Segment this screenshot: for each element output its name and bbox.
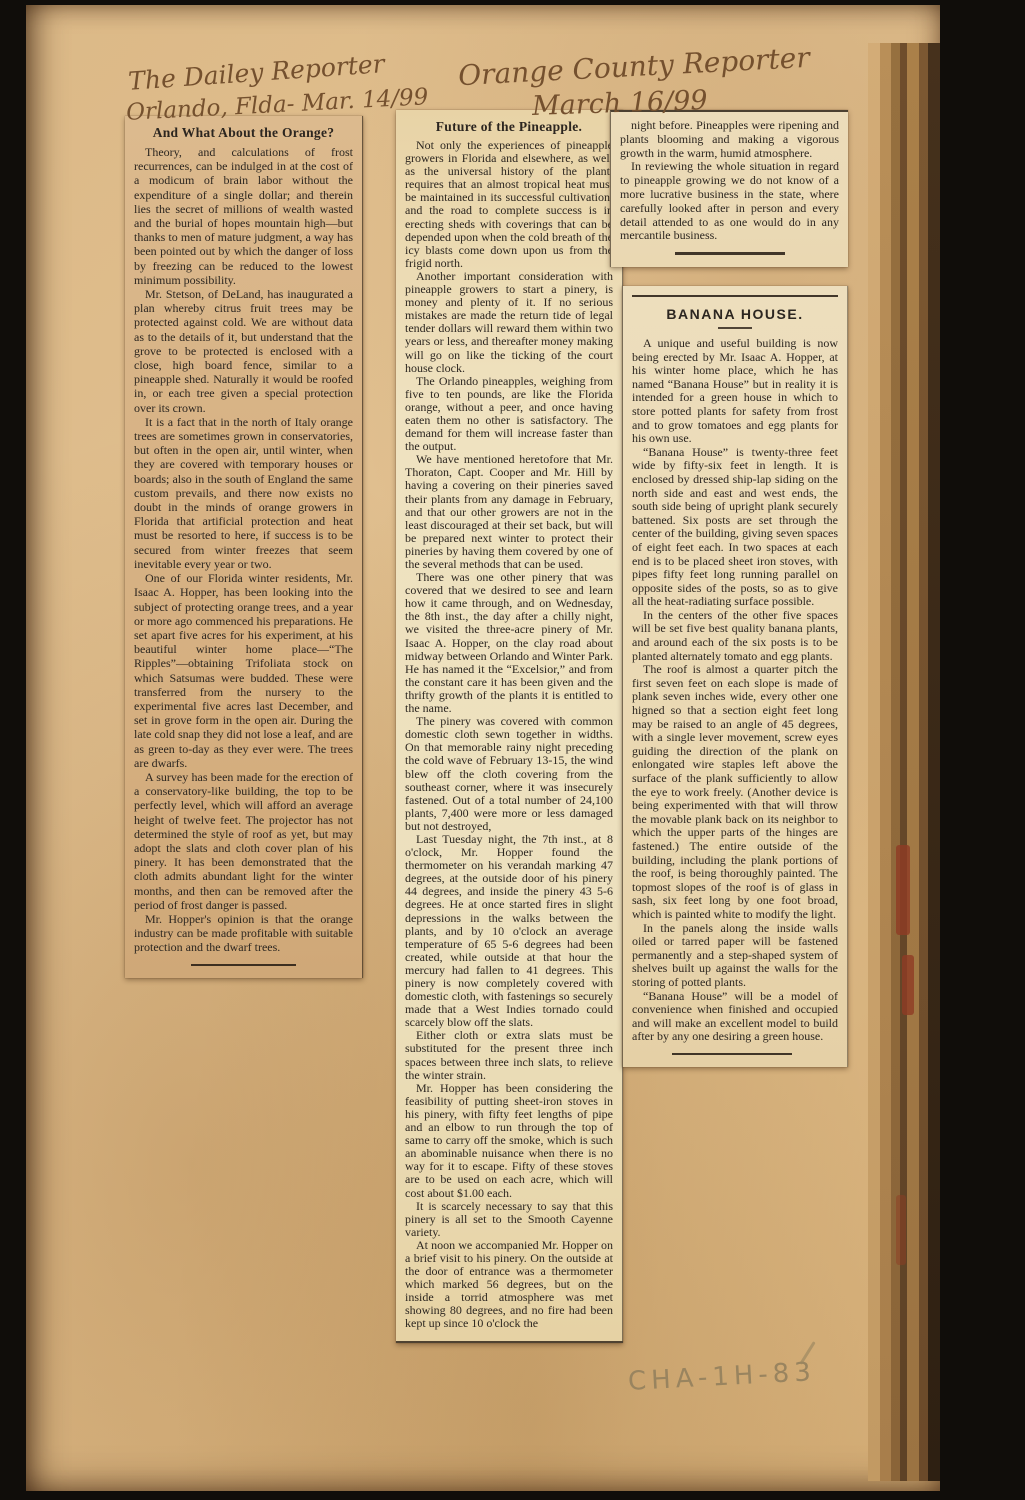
orange-paragraph: Theory, and calculations of frost recurr… bbox=[134, 145, 353, 287]
article-end-rule bbox=[191, 964, 296, 967]
article-end-rule bbox=[672, 1053, 792, 1056]
clipping-pineapple-continuation: night before. Pineapples were ripening a… bbox=[610, 110, 848, 267]
red-edge-mark bbox=[896, 845, 910, 935]
pineapple-paragraph: Either cloth or extra slats must be subs… bbox=[405, 1029, 613, 1081]
banana-paragraph: “Banana House” is twenty-three feet wide… bbox=[632, 446, 838, 609]
pineapple-paragraph: Mr. Hopper has been considering the feas… bbox=[405, 1082, 613, 1200]
orange-paragraph: Mr. Stetson, of DeLand, has inaugurated … bbox=[134, 287, 353, 415]
pineapple-paragraph: The Orlando pineapples, weighing from fi… bbox=[405, 375, 613, 454]
clipping-orange-article: And What About the Orange? Theory, and c… bbox=[125, 116, 363, 978]
banana-paragraph: “Banana House” will be a model of conven… bbox=[632, 990, 838, 1044]
page-edge-strip bbox=[868, 43, 880, 1481]
orange-paragraph: Mr. Hopper's opinion is that the orange … bbox=[134, 912, 353, 955]
page-edge-strip bbox=[907, 43, 919, 1481]
pineapple-paragraph: It is scarcely necessary to say that thi… bbox=[405, 1200, 613, 1239]
clipping-pineapple-article: Future of the Pineapple. Not only the ex… bbox=[396, 110, 623, 1343]
banana-paragraph: A unique and useful building is now bein… bbox=[632, 337, 838, 446]
pineapple-article-title: Future of the Pineapple. bbox=[405, 119, 613, 135]
page-edge-strip bbox=[928, 43, 940, 1481]
banana-paragraph: In the centers of the other five spaces … bbox=[632, 609, 838, 663]
banana-house-title: BANANA HOUSE. bbox=[632, 295, 838, 322]
article-end-rule bbox=[675, 252, 785, 255]
pineapple-paragraph: At noon we accompanied Mr. Hopper on a b… bbox=[405, 1239, 613, 1331]
banana-paragraph: In the panels along the inside walls oil… bbox=[632, 922, 838, 990]
banana-paragraph: The roof is almost a quarter pitch the f… bbox=[632, 663, 838, 921]
page-edge-strip bbox=[900, 43, 907, 1481]
orange-paragraph: It is a fact that in the north of Italy … bbox=[134, 415, 353, 571]
page-edge-strip bbox=[880, 43, 891, 1481]
clipping-banana-house-article: BANANA HOUSE. A unique and useful buildi… bbox=[622, 286, 848, 1067]
page-edge-strip bbox=[891, 43, 900, 1481]
pineapple-paragraph: Last Tuesday night, the 7th inst., at 8 … bbox=[405, 833, 613, 1029]
red-edge-mark bbox=[896, 1195, 906, 1265]
handwritten-source-right-line2: March 16/99 bbox=[532, 85, 709, 122]
page-edge-strip bbox=[919, 43, 928, 1481]
pineapple-continued-paragraph: night before. Pineapples were ripening a… bbox=[620, 119, 839, 160]
orange-paragraph: One of our Florida winter residents, Mr.… bbox=[134, 571, 353, 770]
orange-article-title: And What About the Orange? bbox=[134, 125, 353, 141]
title-separator-dash bbox=[718, 327, 752, 329]
pineapple-paragraph: The pinery was covered with common domes… bbox=[405, 715, 613, 833]
pineapple-paragraph: We have mentioned heretofore that Mr. Th… bbox=[405, 453, 613, 571]
red-edge-mark bbox=[902, 955, 914, 1015]
pineapple-paragraph: Another important consideration with pin… bbox=[405, 270, 613, 375]
pineapple-continued-paragraph: In reviewing the whole situation in rega… bbox=[620, 160, 839, 243]
pineapple-paragraph: Not only the experiences of pineapple gr… bbox=[405, 139, 613, 270]
orange-paragraph: A survey has been made for the erection … bbox=[134, 770, 353, 912]
pineapple-paragraph: There was one other pinery that was cove… bbox=[405, 571, 613, 715]
book-page-edges bbox=[868, 43, 940, 1481]
